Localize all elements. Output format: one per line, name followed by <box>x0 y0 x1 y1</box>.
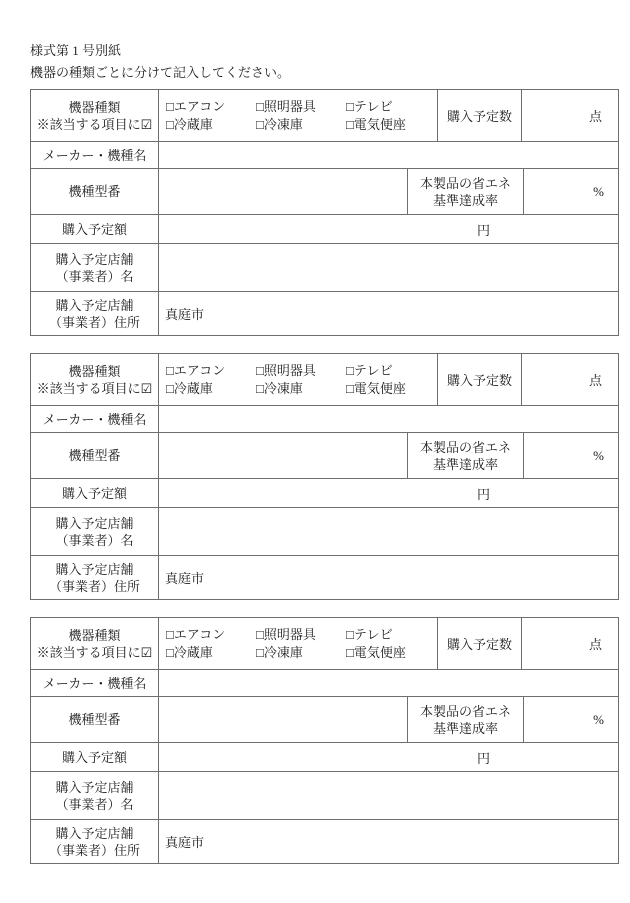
checkbox-unchecked-icon: □ <box>256 99 264 114</box>
purchase-price-row: 購入予定額 円 <box>31 478 618 507</box>
energy-rate-unit-cell: % <box>523 433 618 478</box>
equipment-entry-table: 機器種類 ※該当する項目に☑ □エアコン □照明器具 □テレビ □冷蔵庫 □冷凍… <box>30 617 619 864</box>
equipment-option-label: エアコン <box>174 627 225 642</box>
checkbox-unchecked-icon: □ <box>166 381 174 396</box>
equipment-option-freezer: □冷凍庫 <box>256 116 346 134</box>
quantity-unit-cell: 点 <box>521 90 618 141</box>
equipment-type-row: 機器種類 ※該当する項目に☑ □エアコン □照明器具 □テレビ □冷蔵庫 □冷凍… <box>31 618 618 669</box>
energy-rate-label: 本製品の省エネ 基準達成率 <box>407 169 523 214</box>
equipment-option-toilet-seat: □電気便座 <box>346 116 437 134</box>
store-name-label-line2: （事業者）名 <box>31 532 158 549</box>
equipment-type-label-line2: ※該当する項目に☑ <box>31 644 158 661</box>
equipment-option-label: 照明器具 <box>264 627 316 642</box>
equipment-options-cell: □エアコン □照明器具 □テレビ □冷蔵庫 □冷凍庫 □電気便座 <box>158 90 437 141</box>
equipment-option-fridge: □冷蔵庫 <box>166 644 256 662</box>
model-number-label: 機種型番 <box>31 697 158 742</box>
equipment-option-aircon: □エアコン <box>166 626 256 644</box>
purchase-price-value-cell: 円 <box>158 215 618 243</box>
checkbox-unchecked-icon: □ <box>256 363 264 378</box>
equipment-option-tv: □テレビ <box>346 98 437 116</box>
equipment-type-note: ※該当する項目に <box>37 645 141 660</box>
equipment-option-lighting: □照明器具 <box>256 626 346 644</box>
equipment-option-label: エアコン <box>174 99 225 114</box>
form-title: 様式第 1 号別紙 <box>30 40 619 62</box>
equipment-type-label-line2: ※該当する項目に☑ <box>31 116 158 133</box>
purchase-price-row: 購入予定額 円 <box>31 742 618 771</box>
model-number-value-cell <box>158 433 407 478</box>
yen-unit: 円 <box>477 748 618 767</box>
equipment-option-label: 電気便座 <box>354 645 406 660</box>
checkbox-unchecked-icon: □ <box>346 627 354 642</box>
quantity-label-cell: 購入予定数 <box>437 354 521 405</box>
store-address-label-line2: （事業者）住所 <box>31 314 158 331</box>
energy-rate-unit-cell: % <box>523 697 618 742</box>
equipment-option-label: 照明器具 <box>264 99 316 114</box>
document-header: 様式第 1 号別紙 機器の種類ごとに分けて記入してください。 <box>30 40 619 84</box>
energy-rate-label-line1: 本製品の省エネ <box>408 703 523 720</box>
model-number-row: 機種型番 本製品の省エネ 基準達成率 % <box>31 168 618 214</box>
equipment-option-label: 冷凍庫 <box>264 117 303 132</box>
store-name-row: 購入予定店舗 （事業者）名 <box>31 507 618 555</box>
equipment-type-row: 機器種類 ※該当する項目に☑ □エアコン □照明器具 □テレビ □冷蔵庫 □冷凍… <box>31 354 618 405</box>
checkbox-unchecked-icon: □ <box>166 363 174 378</box>
equipment-option-label: テレビ <box>354 627 393 642</box>
equipment-type-label: 機器種類 ※該当する項目に☑ <box>31 354 158 405</box>
energy-rate-label-line2: 基準達成率 <box>408 720 523 737</box>
equipment-option-label: エアコン <box>174 363 225 378</box>
store-name-label: 購入予定店舗 （事業者）名 <box>31 244 158 291</box>
energy-rate-label: 本製品の省エネ 基準達成率 <box>407 697 523 742</box>
equipment-option-lighting: □照明器具 <box>256 362 346 380</box>
equipment-option-label: 電気便座 <box>354 117 406 132</box>
equipment-type-label: 機器種類 ※該当する項目に☑ <box>31 618 158 669</box>
maker-model-value-cell <box>158 406 618 432</box>
equipment-option-freezer: □冷凍庫 <box>256 380 346 398</box>
checkbox-unchecked-icon: □ <box>346 99 354 114</box>
checkbox-unchecked-icon: □ <box>166 117 174 132</box>
energy-rate-unit-cell: % <box>523 169 618 214</box>
equipment-options-grid: □エアコン □照明器具 □テレビ □冷蔵庫 □冷凍庫 □電気便座 <box>166 626 437 662</box>
store-address-value-cell: 真庭市 <box>158 556 618 599</box>
maker-model-row: メーカー・機種名 <box>31 405 618 432</box>
equipment-option-label: テレビ <box>354 363 393 378</box>
store-name-label-line1: 購入予定店舗 <box>31 251 158 268</box>
store-address-label-line2: （事業者）住所 <box>31 842 158 859</box>
checked-checkbox-icon: ☑ <box>141 117 153 132</box>
purchase-price-value-cell: 円 <box>158 479 618 507</box>
model-number-label: 機種型番 <box>31 433 158 478</box>
store-address-row: 購入予定店舗 （事業者）住所 真庭市 <box>31 291 618 335</box>
energy-rate-label-line2: 基準達成率 <box>408 456 523 473</box>
form-instruction: 機器の種類ごとに分けて記入してください。 <box>30 62 619 84</box>
store-name-label-line1: 購入予定店舗 <box>31 515 158 532</box>
checkbox-unchecked-icon: □ <box>256 117 264 132</box>
model-number-label: 機種型番 <box>31 169 158 214</box>
checkbox-unchecked-icon: □ <box>166 99 174 114</box>
store-name-label-line2: （事業者）名 <box>31 268 158 285</box>
equipment-type-row: 機器種類 ※該当する項目に☑ □エアコン □照明器具 □テレビ □冷蔵庫 □冷凍… <box>31 90 618 141</box>
store-address-row: 購入予定店舗 （事業者）住所 真庭市 <box>31 555 618 599</box>
checkbox-unchecked-icon: □ <box>166 645 174 660</box>
maker-model-value-cell <box>158 142 618 168</box>
checked-checkbox-icon: ☑ <box>141 381 153 396</box>
store-name-label: 購入予定店舗 （事業者）名 <box>31 508 158 555</box>
checkbox-unchecked-icon: □ <box>256 627 264 642</box>
maker-model-label: メーカー・機種名 <box>31 142 158 168</box>
store-name-value-cell <box>158 244 618 291</box>
store-address-label-line1: 購入予定店舗 <box>31 297 158 314</box>
energy-rate-label-line1: 本製品の省エネ <box>408 439 523 456</box>
store-address-label-line1: 購入予定店舗 <box>31 825 158 842</box>
store-name-row: 購入予定店舗 （事業者）名 <box>31 243 618 291</box>
equipment-option-toilet-seat: □電気便座 <box>346 380 437 398</box>
equipment-type-label-line1: 機器種類 <box>31 627 158 644</box>
equipment-option-label: 冷蔵庫 <box>174 645 213 660</box>
equipment-option-label: 冷蔵庫 <box>174 117 213 132</box>
store-name-label-line2: （事業者）名 <box>31 796 158 813</box>
store-address-label: 購入予定店舗 （事業者）住所 <box>31 292 158 335</box>
equipment-option-aircon: □エアコン <box>166 98 256 116</box>
store-address-label: 購入予定店舗 （事業者）住所 <box>31 556 158 599</box>
energy-rate-label-line2: 基準達成率 <box>408 192 523 209</box>
equipment-options-grid: □エアコン □照明器具 □テレビ □冷蔵庫 □冷凍庫 □電気便座 <box>166 362 437 398</box>
equipment-type-label-line1: 機器種類 <box>31 99 158 116</box>
purchase-price-label: 購入予定額 <box>31 215 158 243</box>
maker-model-row: メーカー・機種名 <box>31 669 618 696</box>
model-number-row: 機種型番 本製品の省エネ 基準達成率 % <box>31 696 618 742</box>
model-number-value-cell <box>158 169 407 214</box>
store-address-value-cell: 真庭市 <box>158 820 618 863</box>
purchase-price-label: 購入予定額 <box>31 743 158 771</box>
store-address-label: 購入予定店舗 （事業者）住所 <box>31 820 158 863</box>
equipment-option-tv: □テレビ <box>346 626 437 644</box>
checkbox-unchecked-icon: □ <box>256 381 264 396</box>
purchase-price-label: 購入予定額 <box>31 479 158 507</box>
checkbox-unchecked-icon: □ <box>346 363 354 378</box>
checkbox-unchecked-icon: □ <box>256 645 264 660</box>
yen-unit: 円 <box>477 484 618 503</box>
equipment-option-label: テレビ <box>354 99 393 114</box>
store-name-value-cell <box>158 508 618 555</box>
quantity-label-cell: 購入予定数 <box>437 90 521 141</box>
equipment-option-toilet-seat: □電気便座 <box>346 644 437 662</box>
store-name-label-line1: 購入予定店舗 <box>31 779 158 796</box>
equipment-option-label: 電気便座 <box>354 381 406 396</box>
equipment-type-label-line1: 機器種類 <box>31 363 158 380</box>
equipment-option-label: 冷凍庫 <box>264 645 303 660</box>
equipment-type-label-line2: ※該当する項目に☑ <box>31 380 158 397</box>
yen-unit: 円 <box>477 220 618 239</box>
store-name-label: 購入予定店舗 （事業者）名 <box>31 772 158 819</box>
equipment-type-note: ※該当する項目に <box>37 381 141 396</box>
store-address-label-line2: （事業者）住所 <box>31 578 158 595</box>
equipment-option-label: 冷蔵庫 <box>174 381 213 396</box>
equipment-entry-table: 機器種類 ※該当する項目に☑ □エアコン □照明器具 □テレビ □冷蔵庫 □冷凍… <box>30 353 619 600</box>
equipment-option-label: 照明器具 <box>264 363 316 378</box>
equipment-options-grid: □エアコン □照明器具 □テレビ □冷蔵庫 □冷凍庫 □電気便座 <box>166 98 437 134</box>
maker-model-row: メーカー・機種名 <box>31 141 618 168</box>
equipment-type-label: 機器種類 ※該当する項目に☑ <box>31 90 158 141</box>
equipment-option-tv: □テレビ <box>346 362 437 380</box>
checkbox-unchecked-icon: □ <box>166 627 174 642</box>
document-page: 様式第 1 号別紙 機器の種類ごとに分けて記入してください。 機器種類 ※該当す… <box>0 0 630 903</box>
equipment-option-fridge: □冷蔵庫 <box>166 380 256 398</box>
maker-model-value-cell <box>158 670 618 696</box>
store-address-value-cell: 真庭市 <box>158 292 618 335</box>
equipment-type-note: ※該当する項目に <box>37 117 141 132</box>
checked-checkbox-icon: ☑ <box>141 645 153 660</box>
quantity-label-cell: 購入予定数 <box>437 618 521 669</box>
store-name-value-cell <box>158 772 618 819</box>
checkbox-unchecked-icon: □ <box>346 117 354 132</box>
purchase-price-row: 購入予定額 円 <box>31 214 618 243</box>
equipment-tables: 機器種類 ※該当する項目に☑ □エアコン □照明器具 □テレビ □冷蔵庫 □冷凍… <box>30 89 619 864</box>
equipment-option-aircon: □エアコン <box>166 362 256 380</box>
equipment-options-cell: □エアコン □照明器具 □テレビ □冷蔵庫 □冷凍庫 □電気便座 <box>158 618 437 669</box>
maker-model-label: メーカー・機種名 <box>31 670 158 696</box>
maker-model-label: メーカー・機種名 <box>31 406 158 432</box>
energy-rate-label: 本製品の省エネ 基準達成率 <box>407 433 523 478</box>
equipment-option-lighting: □照明器具 <box>256 98 346 116</box>
store-name-row: 購入予定店舗 （事業者）名 <box>31 771 618 819</box>
store-address-label-line1: 購入予定店舗 <box>31 561 158 578</box>
quantity-unit-cell: 点 <box>521 618 618 669</box>
store-address-row: 購入予定店舗 （事業者）住所 真庭市 <box>31 819 618 863</box>
model-number-value-cell <box>158 697 407 742</box>
model-number-row: 機種型番 本製品の省エネ 基準達成率 % <box>31 432 618 478</box>
checkbox-unchecked-icon: □ <box>346 645 354 660</box>
energy-rate-label-line1: 本製品の省エネ <box>408 175 523 192</box>
equipment-option-fridge: □冷蔵庫 <box>166 116 256 134</box>
equipment-entry-table: 機器種類 ※該当する項目に☑ □エアコン □照明器具 □テレビ □冷蔵庫 □冷凍… <box>30 89 619 336</box>
checkbox-unchecked-icon: □ <box>346 381 354 396</box>
equipment-option-freezer: □冷凍庫 <box>256 644 346 662</box>
quantity-unit-cell: 点 <box>521 354 618 405</box>
purchase-price-value-cell: 円 <box>158 743 618 771</box>
equipment-option-label: 冷凍庫 <box>264 381 303 396</box>
equipment-options-cell: □エアコン □照明器具 □テレビ □冷蔵庫 □冷凍庫 □電気便座 <box>158 354 437 405</box>
